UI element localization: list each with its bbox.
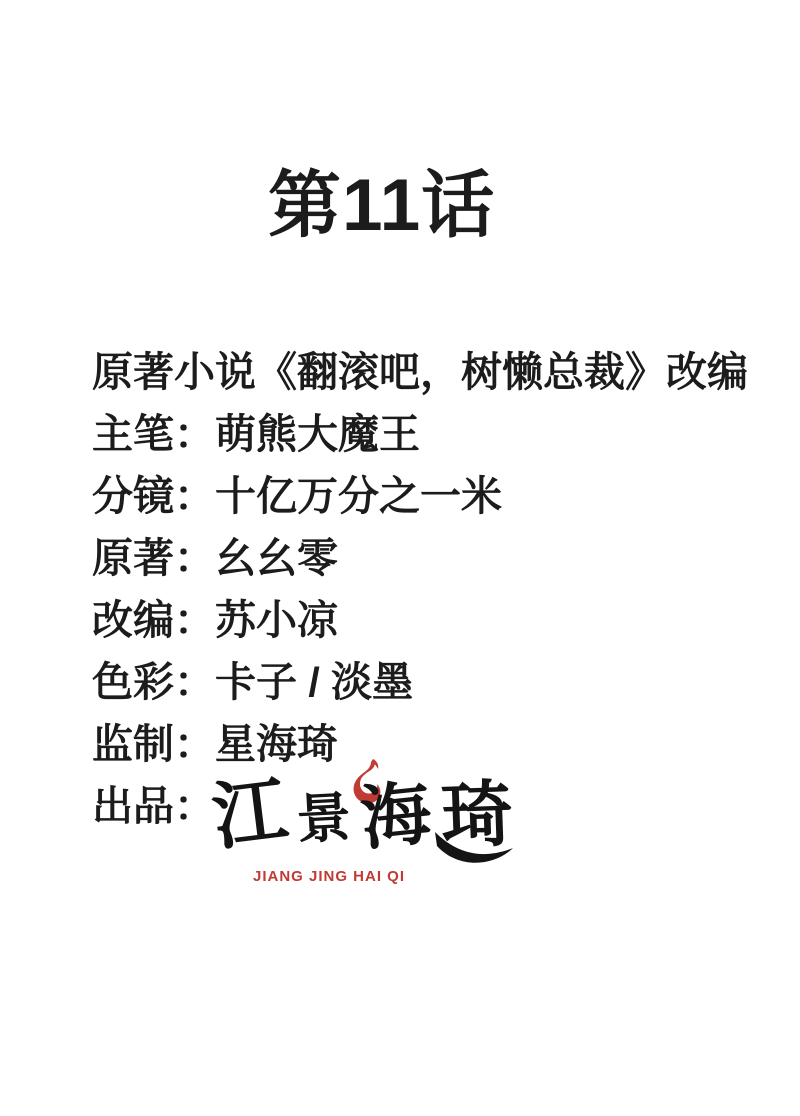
- logo-subtitle: JIANG JING HAI QI: [239, 846, 419, 908]
- credit-row-color: 色彩：卡子 / 淡墨: [92, 651, 772, 713]
- credit-label: 分镜：: [92, 465, 215, 527]
- logo-char: 景: [296, 793, 353, 845]
- credit-label: 改编：: [92, 589, 215, 651]
- logo-char: 海: [358, 780, 434, 851]
- credit-label: 监制：: [92, 713, 215, 775]
- credit-row-artist: 主笔：萌熊大魔王: [92, 403, 772, 465]
- studio-logo: 江 景 海 琦 JIANG JING HAI QI: [213, 758, 513, 886]
- episode-title: 第11话: [268, 146, 495, 251]
- credit-label: 原著：: [92, 527, 215, 589]
- brush-swoosh-icon: [435, 828, 517, 872]
- credit-row-producer: 出品： 江 景 海 琦 JIANG JING HAI QI: [92, 775, 772, 895]
- credit-value: 卡子 / 淡墨: [215, 659, 413, 705]
- credit-label: 出品：: [92, 775, 215, 837]
- credit-value: 萌熊大魔王: [215, 411, 420, 457]
- credit-value: 十亿万分之一米: [215, 473, 502, 519]
- credit-row-original-author: 原著：幺幺零: [92, 527, 772, 589]
- credit-row-adaptation: 改编：苏小凉: [92, 589, 772, 651]
- source-adaptation-line: 原著小说《翻滚吧，树懒总裁》改编: [92, 341, 772, 403]
- credit-label: 色彩：: [92, 651, 215, 713]
- comic-credits-page: 第11话 原著小说《翻滚吧，树懒总裁》改编 主笔：萌熊大魔王 分镜：十亿万分之一…: [0, 0, 800, 1116]
- credit-label: 主笔：: [92, 403, 215, 465]
- logo-char: 江: [209, 776, 291, 853]
- credit-value: 苏小凉: [215, 597, 338, 643]
- credit-row-storyboard: 分镜：十亿万分之一米: [92, 465, 772, 527]
- credits-block: 原著小说《翻滚吧，树懒总裁》改编 主笔：萌熊大魔王 分镜：十亿万分之一米 原著：…: [92, 341, 772, 895]
- credit-value: 幺幺零: [215, 535, 338, 581]
